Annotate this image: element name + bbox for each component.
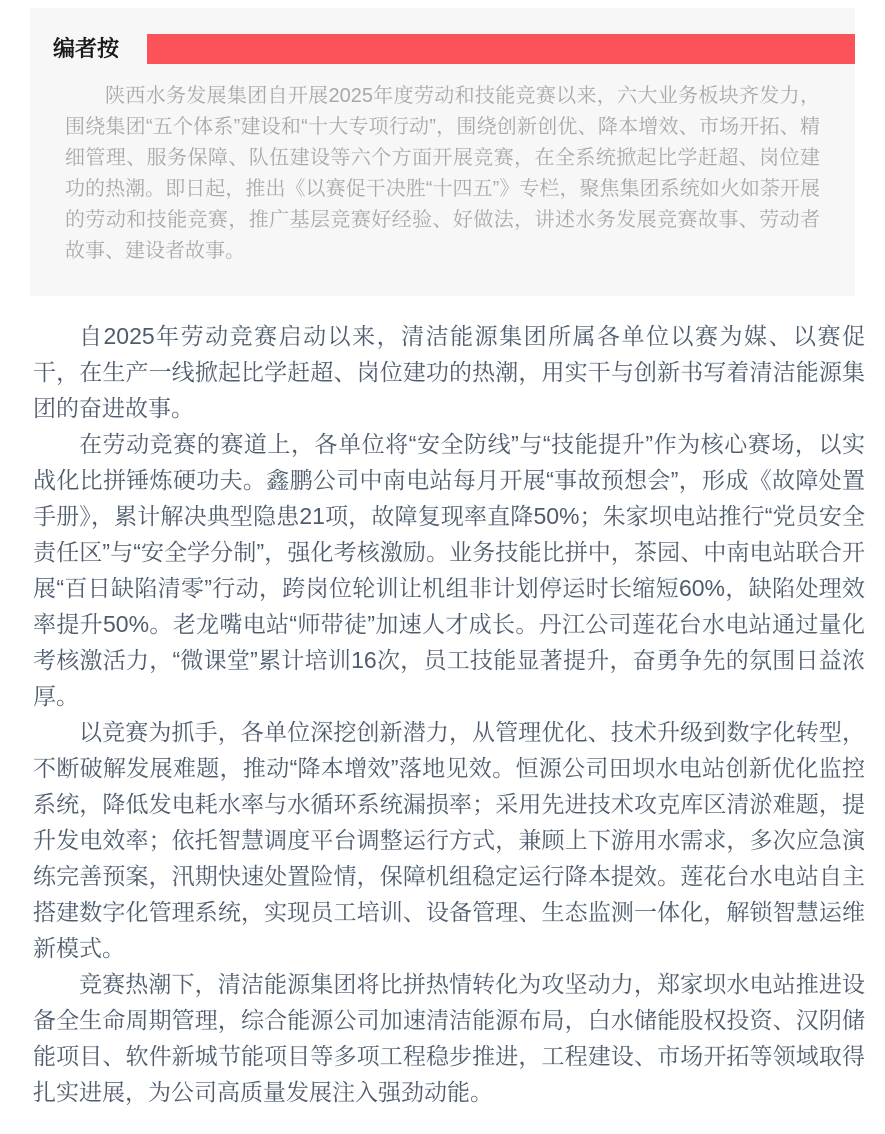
editor-note-label: 编者按 (53, 34, 119, 64)
article-paragraph-1: 自2025年劳动竞赛启动以来，清洁能源集团所属各单位以赛为媒、以赛促干，在生产一… (33, 318, 865, 426)
article-paragraph-4: 竞赛热潮下，清洁能源集团将比拼热情转化为攻坚动力，郑家坝水电站推进设备全生命周期… (33, 966, 865, 1110)
editor-note-text: 陕西水务发展集团自开展2025年度劳动和技能竞赛以来，六大业务板块齐发力，围绕集… (65, 81, 820, 267)
article-paragraph-2: 在劳动竞赛的赛道上，各单位将“安全防线”与“技能提升”作为核心赛场，以实战化比拼… (33, 426, 865, 714)
editor-note-header: 编者按 (30, 34, 855, 64)
article-page: 编者按 陕西水务发展集团自开展2025年度劳动和技能竞赛以来，六大业务板块齐发力… (0, 0, 885, 1134)
article-paragraph-3: 以竞赛为抓手，各单位深挖创新潜力，从管理优化、技术升级到数字化转型，不断破解发展… (33, 714, 865, 966)
article-body: 自2025年劳动竞赛启动以来，清洁能源集团所属各单位以赛为媒、以赛促干，在生产一… (33, 318, 865, 1110)
editor-note-box: 编者按 陕西水务发展集团自开展2025年度劳动和技能竞赛以来，六大业务板块齐发力… (30, 8, 855, 296)
red-accent-bar (147, 34, 855, 64)
